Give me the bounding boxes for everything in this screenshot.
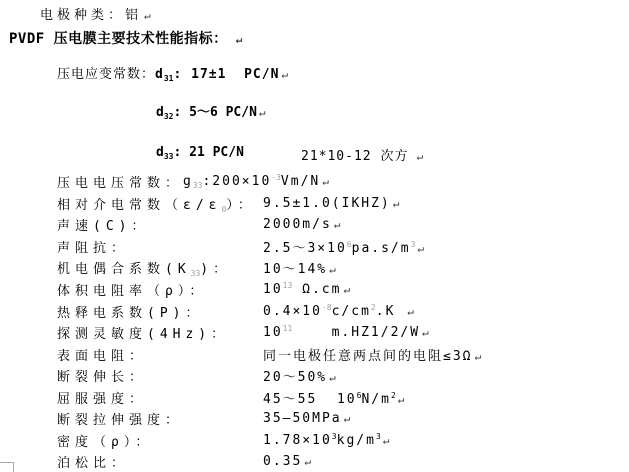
spec-value: 45～55 106N/m2↵ [263, 388, 404, 407]
d32-line: d32: 5～6 PC/N↵ [156, 101, 266, 120]
paragraph-mark-icon: ↵ [416, 150, 423, 163]
paragraph-mark-icon: ↵ [344, 412, 351, 425]
section-title: PVDF 压电膜主要技术性能指标：↵ [9, 28, 242, 48]
paragraph-mark-icon: ↵ [259, 106, 266, 119]
strain-constant-label: 压电应变常数： [57, 67, 155, 82]
spec-label: 声速(C)： [57, 215, 263, 234]
spec-label: 压电电压常数： [57, 172, 183, 191]
document-page: 电极种类：铝↵ PVDF 压电膜主要技术性能指标：↵ 压电应变常数：d31: 1… [0, 0, 629, 472]
d32-number: : 5～6 PC/N [173, 105, 256, 120]
spec-value: 0.35↵ [263, 454, 311, 469]
spec-row: 相对介电常数（ε/ε0）：9.5±1.0(IKHZ)↵ [57, 193, 629, 215]
paragraph-mark-icon: ↵ [343, 283, 350, 296]
d33-note: 21*10-12 次方↵ [301, 145, 423, 164]
spec-row: 断裂伸长：20～50%↵ [57, 365, 629, 387]
paragraph-mark-icon: ↵ [236, 33, 243, 46]
spec-label: 表面电阻： [57, 345, 263, 364]
paragraph-mark-icon: ↵ [393, 197, 400, 210]
paragraph-mark-icon: ↵ [422, 326, 429, 339]
d31-number: : 17±1 PC/N [173, 67, 279, 82]
paragraph-mark-icon: ↵ [398, 393, 405, 406]
spec-row: 断裂拉伸强度：35—50MPa↵ [57, 408, 629, 430]
spec-value: 1013 Ω.cm↵ [263, 282, 350, 297]
spec-label: 密度（ρ）： [57, 431, 263, 450]
spec-row: 热释电系数(P)：0.4×10-8c/cm2.K ↵ [57, 300, 629, 322]
spec-row: 声阻抗：2.5～3×106pa.s/m3↵ [57, 236, 629, 258]
d33-number: : 21 PC/N [173, 145, 243, 160]
spec-row: 泊松比：0.35↵ [57, 451, 629, 472]
spec-value: 2000m/s↵ [263, 217, 340, 232]
electrode-type-label: 电极种类： [40, 8, 125, 23]
spec-value: 20～50%↵ [263, 366, 336, 385]
spec-label: 热释电系数(P)： [57, 302, 263, 321]
spec-value: 10～14%↵ [263, 258, 336, 277]
spec-value: 9.5±1.0(IKHZ)↵ [263, 196, 399, 211]
spec-label: 相对介电常数（ε/ε0）： [57, 194, 263, 213]
d33-note-text: 21*10-12 次方 [301, 149, 408, 164]
spec-value: 1011 m.HZ1/2/W↵ [263, 325, 429, 340]
paragraph-mark-icon: ↵ [383, 434, 390, 447]
spec-label: 机电偶合系数(K33)： [57, 258, 263, 277]
spec-value: g33:200×10-3Vm/N↵ [183, 174, 329, 189]
spec-value: 1.78×103kg/m3↵ [263, 433, 389, 448]
spec-value: 0.4×10-8c/cm2.K ↵ [263, 304, 414, 319]
spec-label: 探测灵敏度(4Hz)： [57, 323, 263, 342]
d31-symbol: d [155, 67, 164, 82]
paragraph-mark-icon: ↵ [329, 371, 336, 384]
spec-label: 声阻抗： [57, 237, 263, 256]
electrode-type-value: 铝 [125, 8, 142, 23]
spec-value: 同一电极任意两点间的电阻≤3Ω↵ [263, 345, 481, 364]
paragraph-mark-icon: ↵ [304, 455, 311, 468]
spec-label: 泊松比： [57, 452, 263, 471]
d33-value: d33: 21 PC/N [156, 145, 244, 160]
spec-row: 体积电阻率（ρ）：1013 Ω.cm↵ [57, 279, 629, 301]
boundary-corner-mark [0, 462, 14, 472]
spec-label: 断裂拉伸强度： [57, 409, 263, 428]
paragraph-mark-icon: ↵ [417, 242, 424, 255]
d32-value: d32: 5～6 PC/N [156, 105, 257, 120]
spec-row: 密度（ρ）：1.78×103kg/m3↵ [57, 430, 629, 452]
spec-label: 体积电阻率（ρ）： [57, 280, 263, 299]
paragraph-mark-icon: ↵ [329, 263, 336, 276]
d33-line: d33: 21 PC/N21*10-12 次方↵ [156, 145, 626, 160]
paragraph-mark-icon: ↵ [322, 175, 329, 188]
spec-value: 35—50MPa↵ [263, 411, 350, 426]
spec-row: 表面电阻：同一电极任意两点间的电阻≤3Ω↵ [57, 343, 629, 365]
d31-value: d31: 17±1 PC/N [155, 67, 279, 82]
spec-row: 声速(C)：2000m/s↵ [57, 214, 629, 236]
spec-label: 屈服强度： [57, 388, 263, 407]
spec-row: 压电电压常数：g33:200×10-3Vm/N↵ [57, 171, 629, 193]
d32-symbol: d [156, 105, 164, 120]
spec-value: 2.5～3×106pa.s/m3↵ [263, 237, 424, 256]
paragraph-mark-icon: ↵ [407, 305, 414, 318]
electrode-type-line: 电极种类：铝↵ [40, 4, 151, 23]
spec-row: 机电偶合系数(K33)：10～14%↵ [57, 257, 629, 279]
spec-label: 断裂伸长： [57, 366, 263, 385]
spec-row: 探测灵敏度(4Hz)：1011 m.HZ1/2/W↵ [57, 322, 629, 344]
paragraph-mark-icon: ↵ [474, 350, 481, 363]
section-title-text: PVDF 压电膜主要技术性能指标： [9, 31, 228, 47]
strain-constant-line: 压电应变常数：d31: 17±1 PC/N↵ [57, 63, 288, 82]
paragraph-mark-icon: ↵ [281, 68, 288, 81]
spec-table: 压电电压常数：g33:200×10-3Vm/N↵相对介电常数（ε/ε0）：9.5… [57, 171, 629, 472]
d33-symbol: d [156, 145, 164, 160]
paragraph-mark-icon: ↵ [144, 9, 151, 22]
spec-row: 屈服强度：45～55 106N/m2↵ [57, 386, 629, 408]
paragraph-mark-icon: ↵ [334, 218, 341, 231]
